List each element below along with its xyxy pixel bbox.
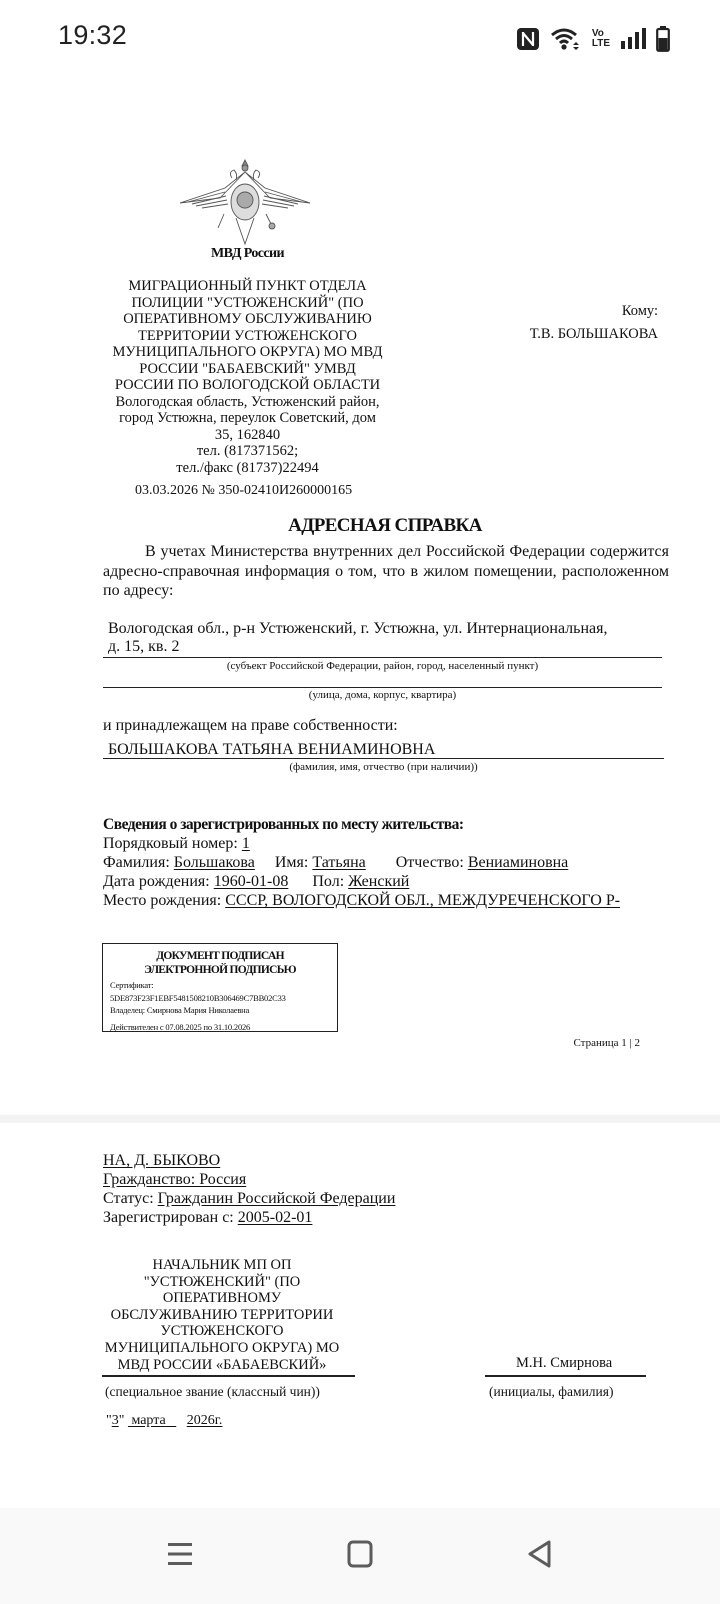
status-value: Гражданин Российской Федерации (158, 1190, 396, 1207)
emblem-caption: МВД России (150, 246, 345, 262)
signer-position: НАЧАЛЬНИК МП ОП "УСТЮЖЕНСКИЙ" (ПО ОПЕРАТ… (103, 1257, 341, 1373)
wifi-icon (550, 27, 582, 51)
address-text: Вологодская обл., р-н Устюженский, г. Ус… (108, 620, 678, 656)
document-title: АДРЕСНАЯ СПРАВКА (0, 515, 720, 537)
citizenship: Гражданство: Россия (103, 1171, 246, 1189)
surname-value: Большакова (174, 854, 255, 871)
mvd-emblem-icon (180, 158, 310, 246)
recipient-label: Кому: (622, 303, 658, 320)
document-page-1: МВД России МИГРАЦИОННЫЙ ПУНКТ ОТДЕЛА ПОЛ… (0, 80, 720, 1115)
caption-initials: (инициалы, фамилия) (489, 1384, 613, 1400)
rank-underline (102, 1375, 355, 1377)
caption-rank: (специальное звание (классный чин)) (105, 1384, 320, 1400)
signer-underline (485, 1375, 646, 1377)
serial-number-row: Порядковый номер: 1 (103, 835, 250, 853)
certificate-value: 5DE873F23F1EBF5481508210B306469C7BB02C33 (110, 992, 337, 1005)
intro-paragraph: В учетах Министерства внутренних дел Рос… (103, 542, 669, 601)
owner-underline (103, 758, 664, 759)
issuing-organization: МИГРАЦИОННЫЙ ПУНКТ ОТДЕЛА ПОЛИЦИИ "УСТЮЖ… (105, 278, 390, 476)
home-square-icon (347, 1540, 373, 1573)
home-button[interactable] (340, 1540, 380, 1572)
registered-section-title: Сведения о зарегистрированных по месту ж… (103, 816, 464, 834)
e-signature-stamp: ДОКУМЕНТ ПОДПИСАН ЭЛЕКТРОННОЙ ПОДПИСЬЮ С… (102, 943, 338, 1032)
status-icons: Vo LTE (516, 26, 670, 52)
address-underline (103, 657, 662, 658)
caption-region: (субъект Российской Федерации, район, го… (103, 660, 662, 672)
dob-value: 1960-01-08 (214, 873, 289, 890)
owner-name: БОЛЬШАКОВА ТАТЬЯНА ВЕНИАМИНОВНА (108, 741, 435, 759)
signer-name: М.Н. Смирнова (516, 1355, 612, 1372)
caption-owner: (фамилия, имя, отчество (при наличии)) (103, 761, 664, 773)
caption-street: (улица, дома, корпус, квартира) (103, 689, 662, 701)
back-triangle-icon (526, 1539, 554, 1574)
name-row: Фамилия: Большакова Имя: Татьяна Отчеств… (103, 854, 568, 872)
status-row: Статус: Гражданин Российской Федерации (103, 1190, 395, 1208)
birthplace-value: СССР, ВОЛОГОДСКОЙ ОБЛ., МЕЖДУРЕЧЕНСКОГО … (225, 892, 620, 909)
document-page-2: НА, Д. БЫКОВО Гражданство: Россия Статус… (0, 1123, 720, 1508)
document-reference: 03.03.2026 № 350-02410И260000165 (135, 483, 352, 499)
registered-since-value: 2005-02-01 (238, 1209, 313, 1226)
serial-number-value: 1 (242, 835, 250, 852)
registered-since-row: Зарегистрирован с: 2005-02-01 (103, 1209, 312, 1227)
battery-icon (656, 26, 670, 52)
birthplace-row: Место рождения: СССР, ВОЛОГОДСКОЙ ОБЛ., … (103, 892, 620, 910)
owner-intro: и принадлежащем на праве собственности: (103, 717, 398, 735)
signal-icon (620, 27, 646, 51)
sign-date: "3" марта 2026г. (106, 1413, 222, 1429)
page-separator (0, 1115, 720, 1123)
dob-row: Дата рождения: 1960-01-08 Пол: Женский (103, 873, 409, 891)
birthplace-continuation: НА, Д. БЫКОВО (103, 1152, 220, 1170)
clock: 19:32 (58, 20, 127, 51)
menu-lines-icon (167, 1541, 193, 1572)
patronymic-value: Вениаминовна (468, 854, 568, 871)
recipient-name: Т.В. БОЛЬШАКОВА (530, 326, 658, 343)
sex-value: Женский (348, 873, 409, 890)
page-number: Страница 1 | 2 (573, 1037, 640, 1049)
nfc-icon (516, 27, 540, 51)
status-bar: 19:32 Vo LTE (0, 0, 720, 80)
navigation-bar (0, 1508, 720, 1604)
back-button[interactable] (520, 1540, 560, 1572)
volte-icon: Vo LTE (592, 29, 610, 49)
recents-button[interactable] (160, 1540, 200, 1572)
street-underline (103, 687, 662, 688)
first-name-value: Татьяна (312, 854, 365, 871)
